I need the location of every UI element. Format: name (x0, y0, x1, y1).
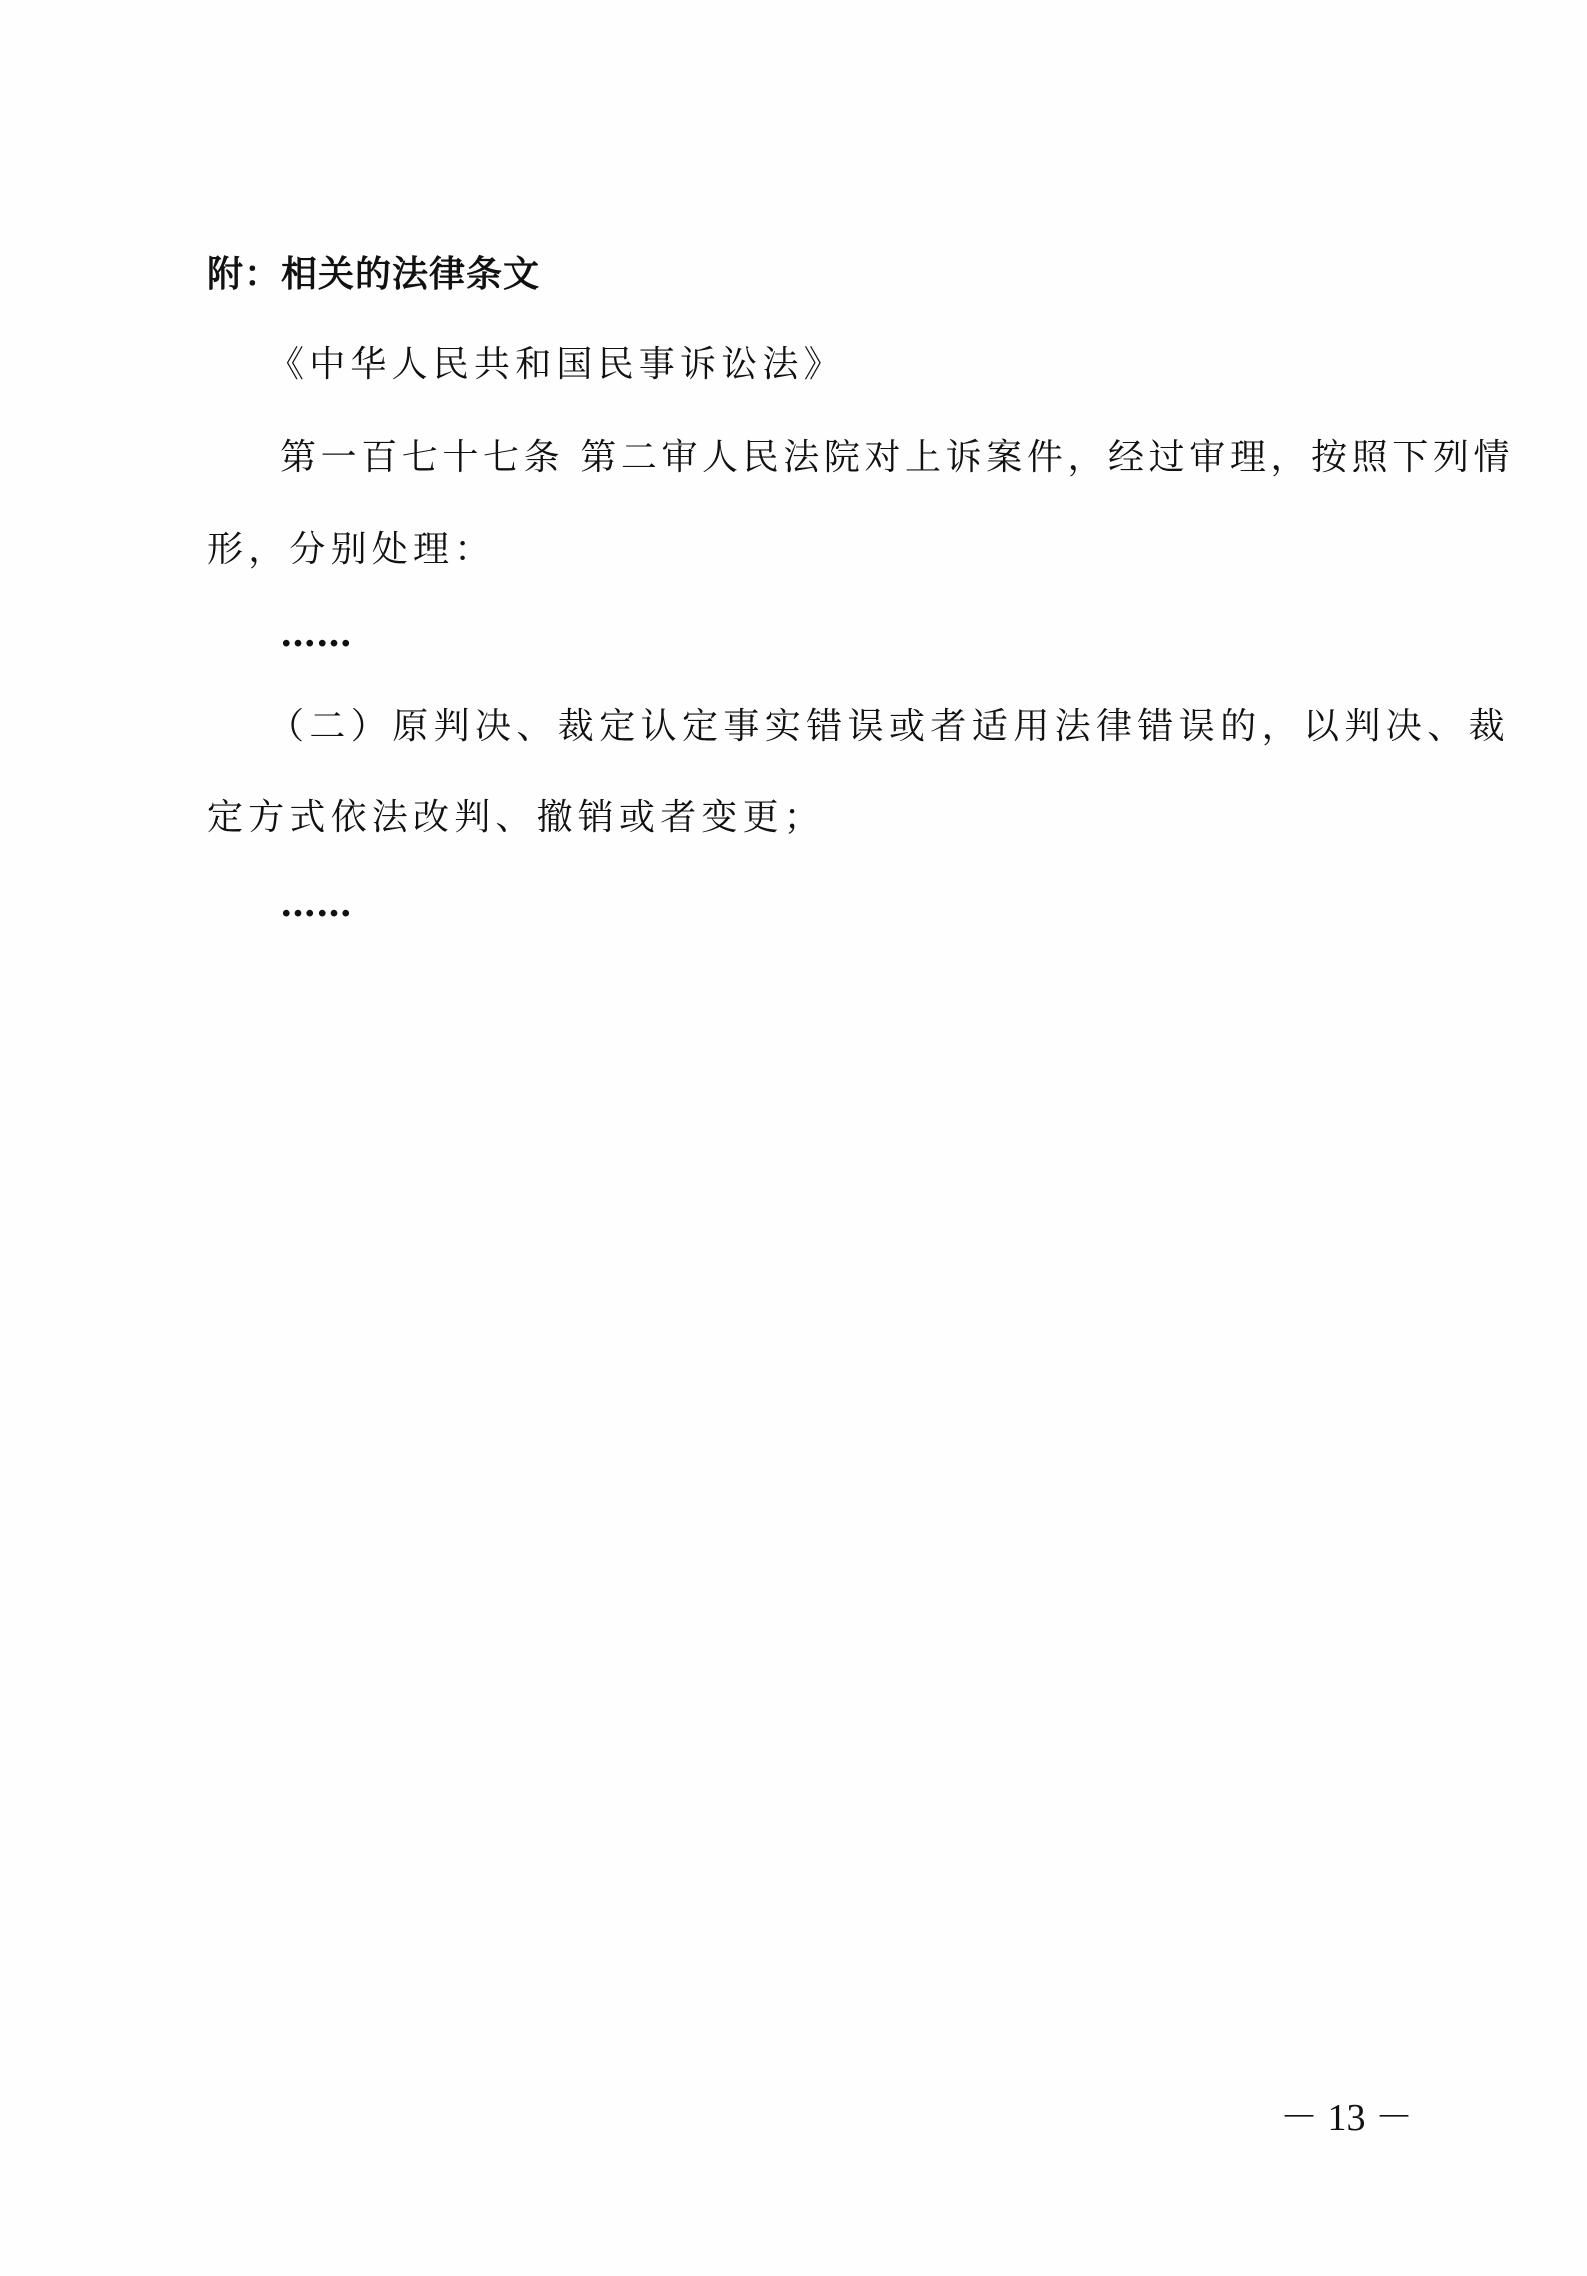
item-two-line-2: 定方式依法改判、撤销或者变更； (207, 796, 825, 840)
ellipsis-1: …… (280, 612, 352, 656)
appendix-heading: 附：相关的法律条文 (207, 253, 540, 297)
page-number: － 13 － (1280, 2096, 1413, 2140)
article-text-line-1: 第一百七十七条 第二审人民法院对上诉案件，经过审理，按照下列情 (280, 436, 1514, 480)
ellipsis-2: …… (280, 882, 352, 926)
article-text-line-2: 形，分别处理： (207, 528, 495, 572)
document-page: 附：相关的法律条文 《中华人民共和国民事诉讼法》 第一百七十七条 第二审人民法院… (0, 0, 1587, 2276)
law-title: 《中华人民共和国民事诉讼法》 (268, 343, 845, 387)
item-two-line-1: （二）原判决、裁定认定事实错误或者适用法律错误的，以判决、裁 (268, 705, 1510, 749)
